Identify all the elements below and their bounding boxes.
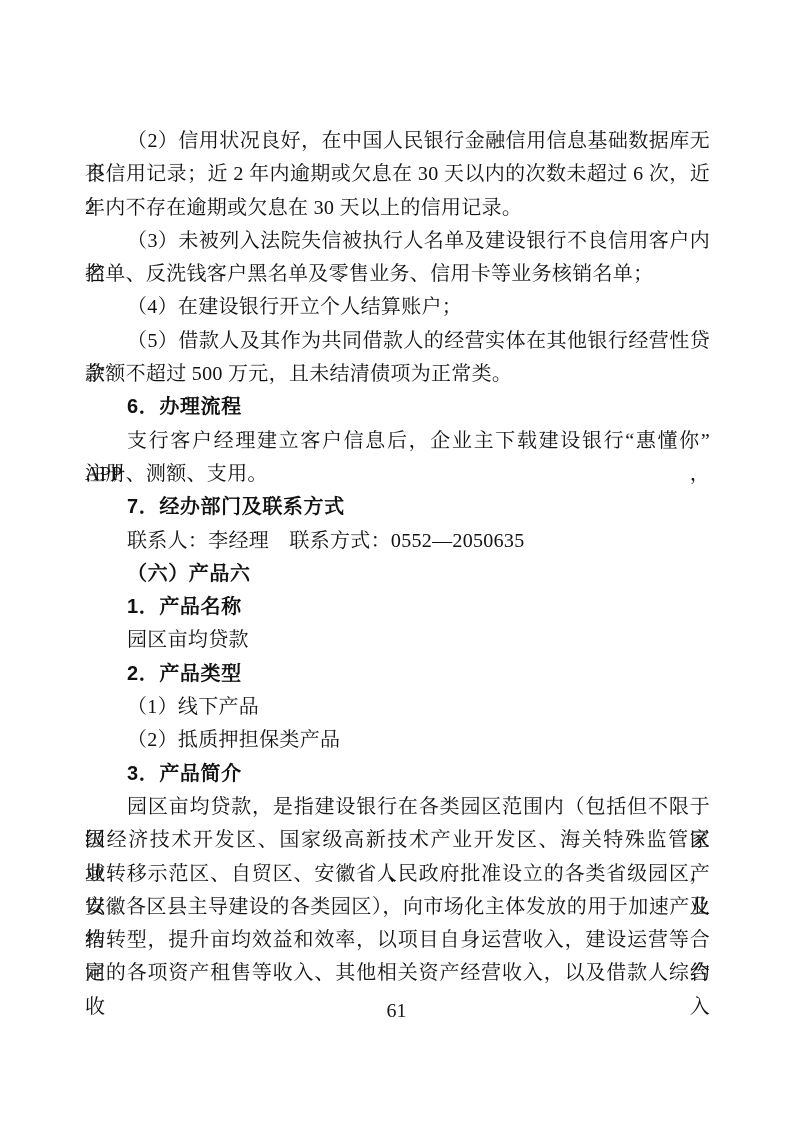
section-heading-product-name: 1．产品名称 [85,591,710,624]
text-line: 良信用记录；近 2 年内逾期或欠息在 30 天以内的次数未超过 6 次，近 2 [85,158,710,191]
text-line: 级经济技术开发区、国家级高新技术产业开发区、海关特殊监管区域、产 [85,824,710,857]
document-page: （2）信用状况良好，在中国人民银行金融信用信息基础数据库无不 良信用记录；近 2… [0,0,793,1122]
section-heading-contact: 7．经办部门及联系方式 [85,491,710,524]
contact-info-line: 联系人：李经理 联系方式：0552—2050635 [85,525,710,558]
text-line: 定的各项资产租售等收入、其他相关资产经营收入，以及借款人综合收入 [85,957,710,990]
text-line: （4）在建设银行开立个人结算账户； [85,291,710,324]
text-line: （2）抵质押担保类产品 [85,724,710,757]
text-line: 安徽各区县主导建设的各类园区），向市场化主体发放的用于加速产业结 [85,891,710,924]
product-name-line: 园区亩均贷款 [85,624,710,657]
text-line: 支行客户经理建立客户信息后，企业主下载建设银行“惠懂你”APP， [85,425,710,458]
text-line: 名单、反洗钱客户黑名单及零售业务、信用卡等业务核销名单； [85,258,710,291]
section-heading-processing-flow: 6．办理流程 [85,391,710,424]
section-heading-product-intro: 3．产品简介 [85,758,710,791]
text-line: 余额不超过 500 万元，且未结清债项为正常类。 [85,358,710,391]
document-body: （2）信用状况良好，在中国人民银行金融信用信息基础数据库无不 良信用记录；近 2… [85,125,710,991]
text-line: 园区亩均贷款，是指建设银行在各类园区范围内（包括但不限于国家 [85,791,710,824]
text-line: 业转移示范区、自贸区、安徽省人民政府批准设立的各类省级园区，以及 [85,858,710,891]
section-heading-product-type: 2．产品类型 [85,658,710,691]
page-number: 61 [0,999,793,1023]
text-line: （1）线下产品 [85,691,710,724]
text-line: 构转型，提升亩均效益和效率，以项目自身运营收入，建设运营等合同约 [85,924,710,957]
text-line: （5）借款人及其作为共同借款人的经营实体在其他银行经营性贷款 [85,325,710,358]
section-heading-product-six: （六）产品六 [85,558,710,591]
text-line: 年内不存在逾期或欠息在 30 天以上的信用记录。 [85,192,710,225]
text-line: （2）信用状况良好，在中国人民银行金融信用信息基础数据库无不 [85,125,710,158]
text-line: （3）未被列入法院失信被执行人名单及建设银行不良信用客户内控 [85,225,710,258]
